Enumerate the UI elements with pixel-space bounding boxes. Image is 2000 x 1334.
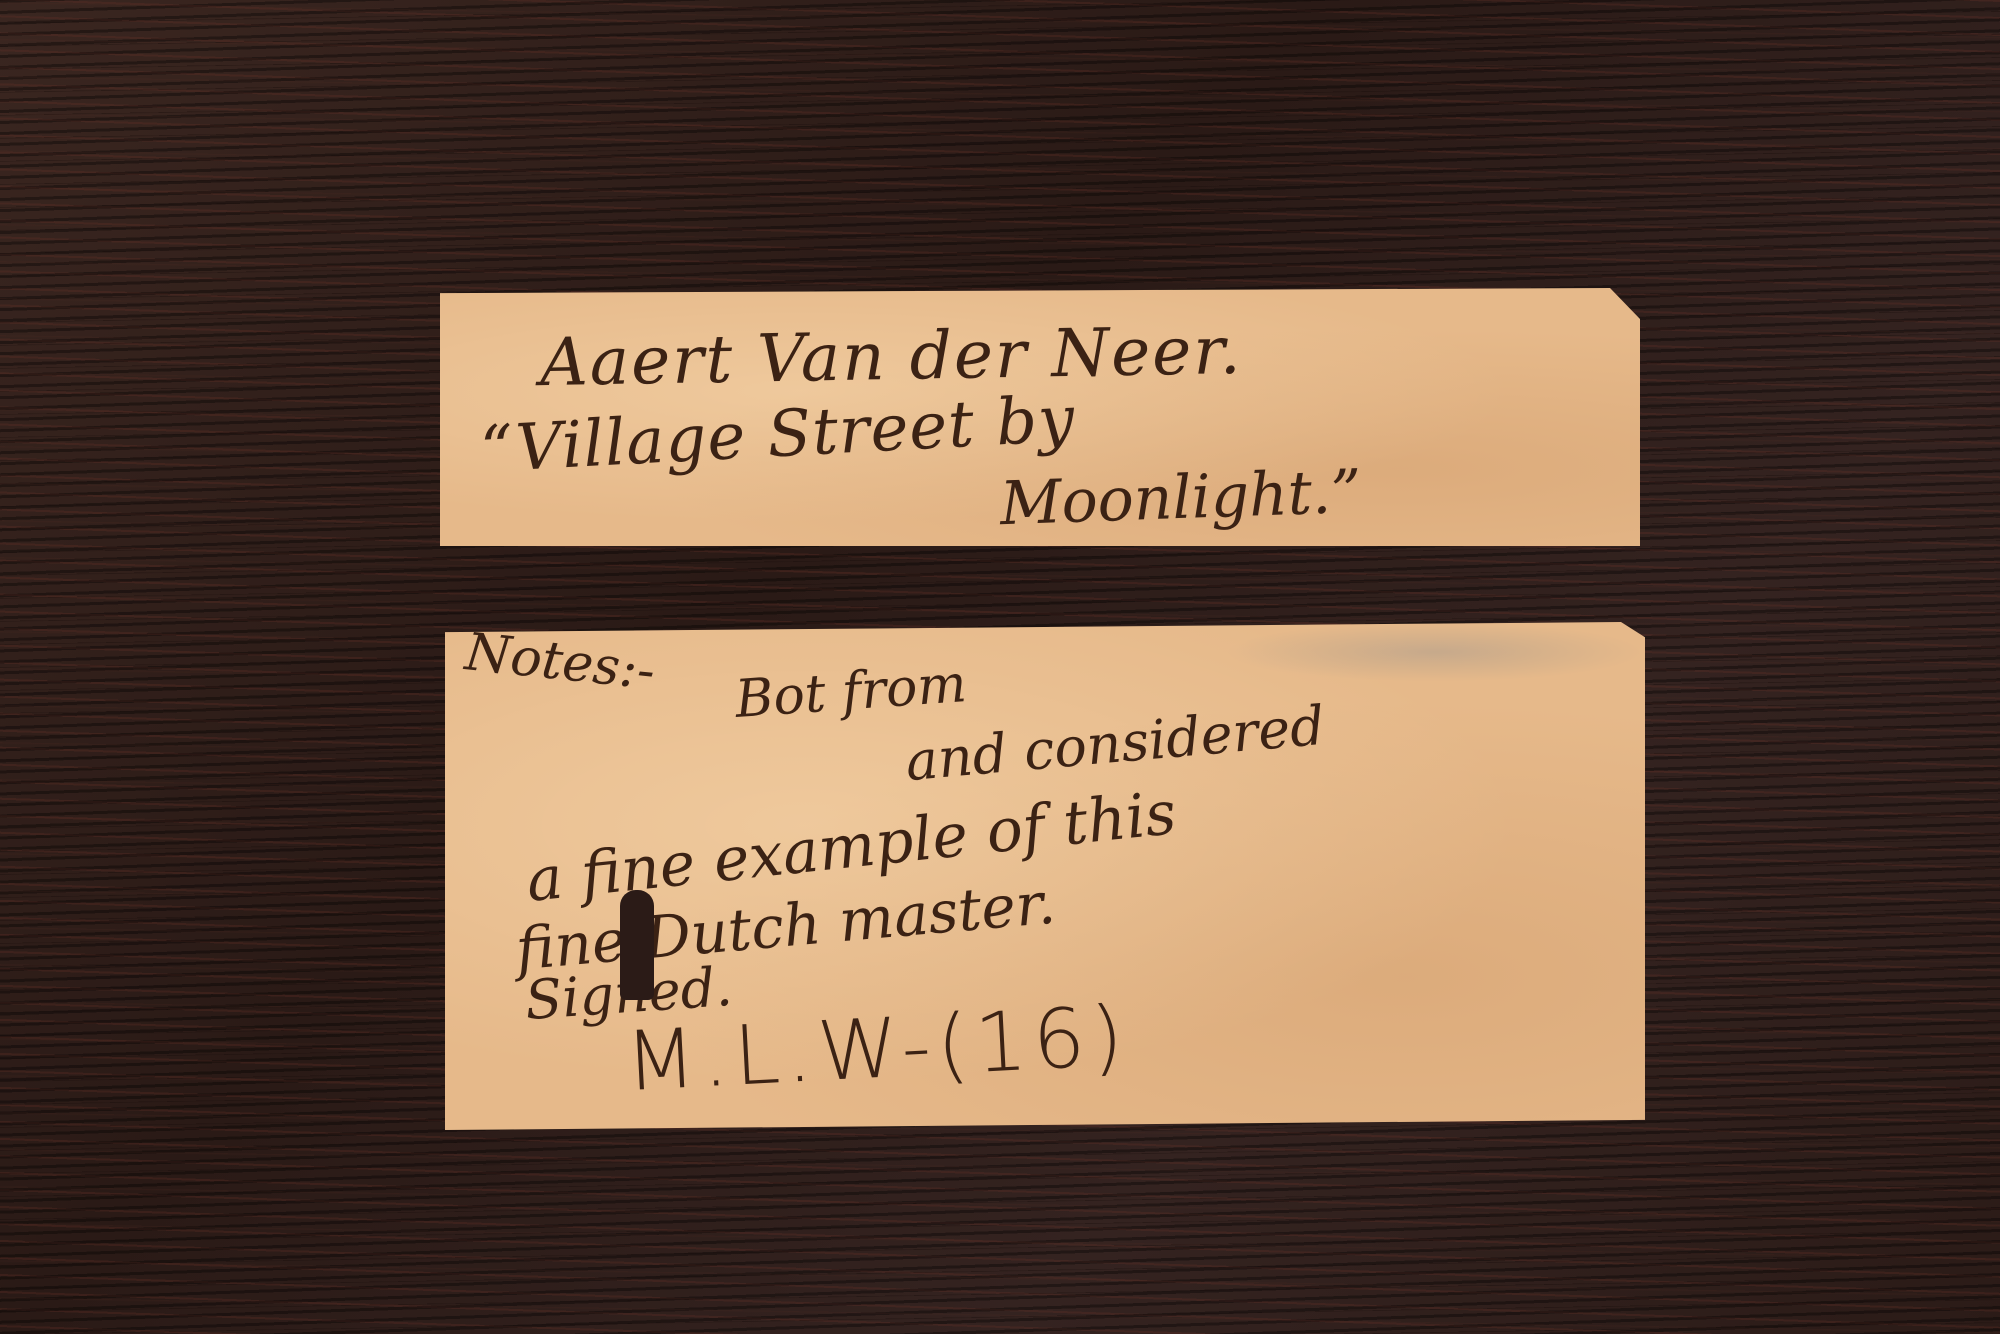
artist-name: Aaert Van der Neer.: [539, 312, 1243, 401]
artist-title-label: Aaert Van der Neer. “Village Street by M…: [440, 288, 1640, 546]
notes-line-1: Bot from: [733, 654, 968, 730]
notes-label: Notes:- Bot from and considered a fine e…: [445, 622, 1645, 1130]
paper-tear-hole: [620, 890, 654, 1000]
paper-stain: [1225, 622, 1645, 682]
painting-title-line-2: Moonlight.”: [999, 457, 1363, 540]
notes-heading: Notes:-: [462, 622, 657, 702]
